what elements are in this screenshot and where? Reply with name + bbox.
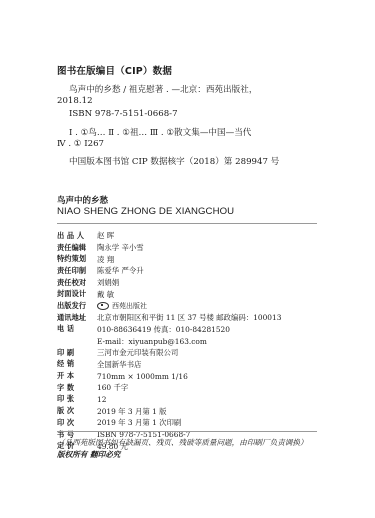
credit-label: 开 本 [57, 371, 97, 381]
credit-label: 出 品 人 [57, 231, 97, 241]
credit-row: 字 数160 千字 [57, 382, 281, 394]
credit-label: 封面设计 [57, 289, 97, 299]
credit-value: 12 [97, 395, 106, 404]
credit-value: 710mm × 1000mm 1/16 [97, 372, 188, 381]
credit-row-email: E-mail：xiyuanpub@163.com [57, 335, 281, 347]
credit-value: 2019 年 3 月第 1 版 [97, 406, 167, 417]
credit-row: 印 刷三河市金元印装有限公司 [57, 347, 281, 359]
cip-line-classification: Ⅰ . ①鸟… Ⅱ . ①祖… Ⅲ . ①散文集—中国—当代 [69, 126, 251, 138]
credit-value: 刘娟娟 [97, 277, 119, 288]
publisher-name: 西苑出版社 [112, 301, 147, 311]
credit-label: 版 次 [57, 406, 97, 416]
email-address: E-mail：xiyuanpub@163.com [97, 336, 207, 347]
divider-bottom [57, 431, 317, 432]
credit-row: 开 本710mm × 1000mm 1/16 [57, 370, 281, 382]
credit-label: 印 刷 [57, 348, 97, 358]
cip-line-title: 鸟声中的乡愁 / 祖克慰著 . —北京：西苑出版社， [69, 83, 257, 95]
credit-row: 责任编辑陶永学 辛小雪 [57, 242, 281, 254]
credit-label: 责任校对 [57, 278, 97, 288]
credit-row: 特约策划凌 翔 [57, 253, 281, 265]
credit-row: 电 话010-88636419 传真：010-84281520 [57, 324, 281, 336]
copyright-page: 图书在版编目（CIP）数据 鸟声中的乡愁 / 祖克慰著 . —北京：西苑出版社，… [0, 0, 375, 518]
credit-label: 通讯地址 [57, 313, 97, 323]
book-title-chinese: 鸟声中的乡愁 [57, 194, 108, 206]
credit-row: 出 品 人赵 晖 [57, 230, 281, 242]
credit-row: 印 次2019 年 3 月第 1 次印刷 [57, 417, 281, 429]
credit-row: 经 销全国新华书店 [57, 359, 281, 371]
credit-value: 三河市金元印装有限公司 [97, 347, 178, 358]
cip-line-isbn: ISBN 978-7-5151-0668-7 [69, 109, 178, 119]
copyright-notice: 版权所有 翻印必究 [57, 449, 120, 460]
credit-value: 陶永学 辛小雪 [97, 242, 144, 253]
credit-label: 责任编辑 [57, 243, 97, 253]
credits-list: 出 品 人赵 晖 责任编辑陶永学 辛小雪 特约策划凌 翔 责任印制陈爱华 严令升… [57, 230, 281, 452]
credit-row: 印 张12 [57, 394, 281, 406]
cip-heading: 图书在版编目（CIP）数据 [57, 63, 172, 77]
divider-top [57, 223, 317, 224]
publisher-logo-icon [97, 302, 109, 310]
cip-line-classification-cont: Ⅳ . ① I267 [57, 139, 104, 149]
cip-line-date: 2018.12 [57, 96, 93, 106]
credit-row-publisher: 出版发行西苑出版社 [57, 300, 281, 312]
credit-value: 赵 晖 [97, 230, 114, 241]
credit-label: 字 数 [57, 383, 97, 393]
credit-value: 全国新华书店 [97, 359, 141, 370]
credit-label: 印 次 [57, 418, 97, 428]
credit-value: 北京市朝阳区和平街 11 区 37 号楼 邮政编码：100013 [97, 312, 281, 323]
book-title-pinyin: NIAO SHENG ZHONG DE XIANGCHOU [57, 206, 234, 217]
credit-row: 责任印制陈爱华 严令升 [57, 265, 281, 277]
credit-value: 戴 敏 [97, 289, 114, 300]
credit-label: 出版发行 [57, 301, 97, 311]
credit-row: 封面设计戴 敏 [57, 288, 281, 300]
credit-row: 责任校对刘娟娟 [57, 277, 281, 289]
credit-label: 特约策划 [57, 254, 97, 264]
credit-value: 2019 年 3 月第 1 次印刷 [97, 417, 181, 428]
credit-row: 版 次2019 年 3 月第 1 版 [57, 405, 281, 417]
credit-label: 责任印制 [57, 266, 97, 276]
credit-row: 通讯地址北京市朝阳区和平街 11 区 37 号楼 邮政编码：100013 [57, 312, 281, 324]
credit-value: 凌 翔 [97, 254, 114, 265]
credit-label: 经 销 [57, 359, 97, 369]
credit-label: 印 张 [57, 394, 97, 404]
quality-notice: （凡西苑版图书如有缺漏页、残页、残破等质量问题，由印刷厂负责调换） [57, 437, 308, 448]
credit-value: 010-88636419 传真：010-84281520 [97, 324, 230, 335]
publisher-logo: 西苑出版社 [97, 301, 147, 311]
cip-line-record-number: 中国版本图书馆 CIP 数据核字（2018）第 289947 号 [69, 155, 279, 167]
credit-value: 陈爱华 严令升 [97, 265, 144, 276]
credit-value: 160 千字 [97, 382, 128, 393]
credit-label: 电 话 [57, 324, 97, 334]
